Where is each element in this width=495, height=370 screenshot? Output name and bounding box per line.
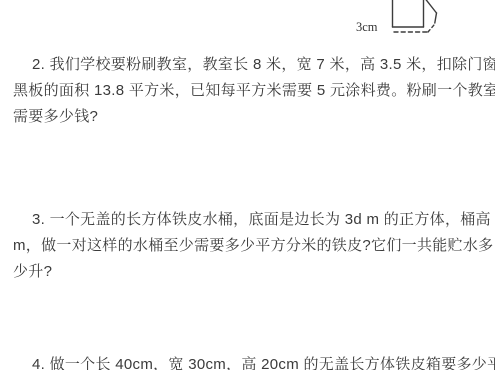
question-3-line-2: m，做一对这样的水桶至少需要多少平方分米的铁皮?它们一共能贮水多: [13, 233, 487, 259]
question-4: 4. 做一个长 40cm，宽 30cm，高 20cm 的无盖长方体铁皮箱要多少平…: [13, 352, 487, 370]
cuboid-depth-slant-edge: [426, 0, 437, 13]
question-3: 3. 一个无盖的长方体铁皮水桶，底面是边长为 3d m 的正方体，桶高 5d m…: [13, 207, 487, 285]
question-2-line-2: 黑板的面积 13.8 平方米，已知每平方米需要 5 元涂料费。粉刷一个教室: [13, 78, 487, 104]
cuboid-hidden-corner-edge: [428, 24, 435, 32]
cuboid-drawing: 3cm: [350, 0, 450, 40]
figure-dimension-label: 3cm: [356, 20, 378, 34]
question-2-line-3: 需要多少钱?: [13, 104, 487, 130]
question-3-line-1: 3. 一个无盖的长方体铁皮水桶，底面是边长为 3d m 的正方体，桶高 5d: [13, 207, 487, 233]
cuboid-back-right-edge: [435, 13, 437, 23]
question-4-line-1: 4. 做一个长 40cm，宽 30cm，高 20cm 的无盖长方体铁皮箱要多少平…: [13, 352, 487, 370]
question-3-line-3: 少升?: [13, 259, 487, 285]
worksheet-page: 3cm 2. 我们学校要粉刷教室，教室长 8 米，宽 7 米，高 3.5 米，扣…: [0, 0, 495, 370]
cuboid-figure: 3cm: [350, 0, 450, 40]
question-2: 2. 我们学校要粉刷教室，教室长 8 米，宽 7 米，高 3.5 米，扣除门窗、…: [13, 52, 487, 130]
question-2-line-1: 2. 我们学校要粉刷教室，教室长 8 米，宽 7 米，高 3.5 米，扣除门窗、: [13, 52, 487, 78]
